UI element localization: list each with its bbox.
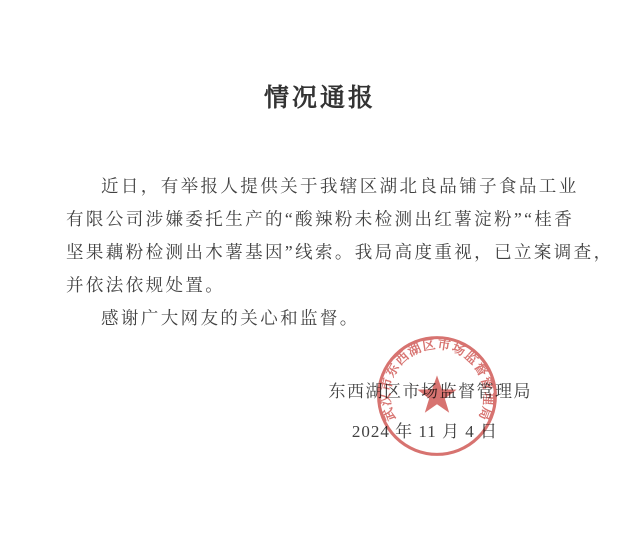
body-line-3: 坚果藕粉检测出木薯基因”线索。我局高度重视，已立案调查，	[66, 236, 574, 269]
body-line-1: 近日，有举报人提供关于我辖区湖北良品铺子食品工业	[66, 170, 574, 203]
signature-block: 东西湖区市场监督管理局 2024 年 11 月 4 日	[329, 377, 533, 442]
document-body: 近日，有举报人提供关于我辖区湖北良品铺子食品工业 有限公司涉嫌委托生产的“酸辣粉…	[0, 170, 640, 335]
document-title: 情况通报	[0, 78, 640, 114]
body-line-4: 并依法依规处置。	[66, 269, 574, 302]
body-line-5: 感谢广大网友的关心和监督。	[66, 302, 574, 335]
notice-document-page: 情况通报 近日，有举报人提供关于我辖区湖北良品铺子食品工业 有限公司涉嫌委托生产…	[0, 0, 640, 556]
signature-date: 2024 年 11 月 4 日	[329, 417, 533, 442]
body-line-2: 有限公司涉嫌委托生产的“酸辣粉未检测出红薯淀粉”“桂香	[66, 203, 574, 236]
signature-organization: 东西湖区市场监督管理局	[329, 377, 533, 402]
